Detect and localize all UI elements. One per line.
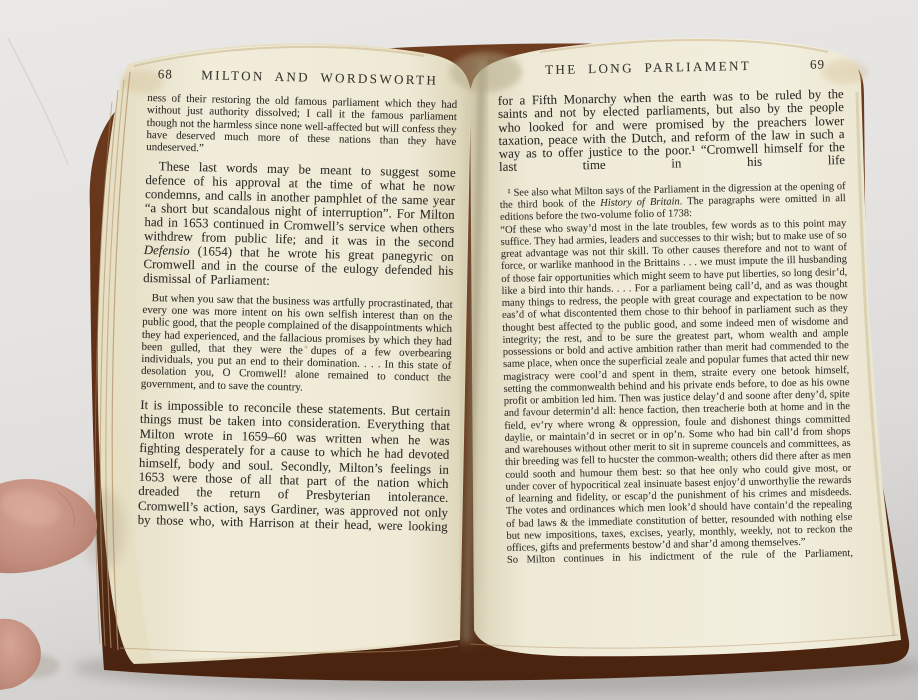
footnote: ¹ See also what Milton says of the Parli…	[500, 181, 854, 568]
left-page-number: 68	[158, 66, 173, 82]
paragraph-reconcile: It is impossible to reconcile these stat…	[138, 398, 451, 535]
left-page-text: 68 MILTON AND WORDSWORTH ness of their r…	[138, 66, 458, 535]
footnote-milton-quote: “Of these who sway’d most in the late tr…	[500, 218, 853, 556]
book-photo: 68 MILTON AND WORDSWORTH ness of their r…	[0, 0, 918, 700]
right-running-title: THE LONG PARLIAMENT	[545, 58, 751, 77]
cromwell-block-quote: But when you saw that the business was a…	[141, 292, 453, 397]
fingertip	[0, 619, 41, 691]
defensio-title-italic: Defensio	[144, 243, 190, 258]
paragraph-defence-text-after: (1654) that he wrote his great panegyric…	[143, 244, 454, 288]
surface-scratch	[8, 38, 68, 165]
right-page-number: 69	[810, 56, 825, 72]
history-of-britain-italic: History of Britain	[600, 196, 680, 209]
right-page-text: THE LONG PARLIAMENT 69 for a Fifth Monar…	[497, 56, 853, 567]
paragraph-fifth-monarchy: for a Fifth Monarchy when the earth was …	[498, 88, 846, 175]
paragraph-defence-text: These last words may be meant to suggest…	[144, 160, 456, 250]
continued-quote: ness of their restoring the old famous p…	[146, 92, 457, 161]
paragraph-defence: These last words may be meant to suggest…	[143, 160, 456, 292]
